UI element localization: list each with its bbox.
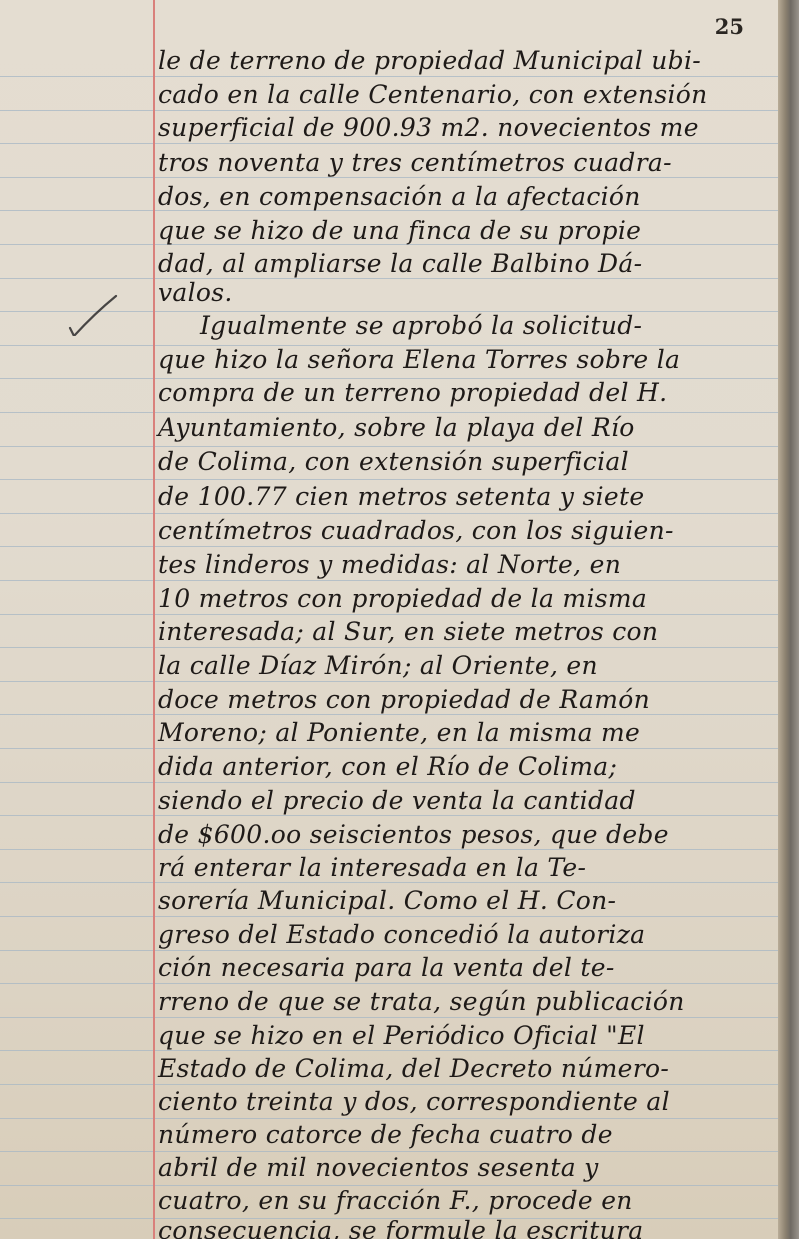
- text-line: 10 metros con propiedad de la misma: [158, 584, 770, 614]
- text-line: Igualmente se aprobó la solicitud-: [200, 311, 770, 341]
- text-line: superficial de 900.93 m2. novecientos me: [158, 113, 770, 143]
- text-line: que se hizo de una finca de su propie: [158, 216, 770, 246]
- text-line: abril de mil novecientos sesenta y: [158, 1153, 770, 1183]
- ruled-line: [0, 76, 778, 77]
- ruled-line: [0, 748, 778, 749]
- check-mark-icon: [66, 294, 118, 336]
- text-line: tes linderos y medidas: al Norte, en: [158, 550, 770, 580]
- page-number: 25: [715, 14, 744, 39]
- ledger-page: 25 le de terreno de propiedad Municipal …: [0, 0, 778, 1239]
- ruled-line: [0, 1118, 778, 1119]
- ruled-line: [0, 916, 778, 917]
- ruled-line: [0, 782, 778, 783]
- ruled-line: [0, 950, 778, 951]
- text-line: Moreno; al Poniente, en la misma me: [158, 718, 770, 748]
- text-line: tros noventa y tres centímetros cuadra-: [158, 148, 770, 178]
- ruled-line: [0, 479, 778, 480]
- ruled-line: [0, 110, 778, 111]
- ruled-line: [0, 580, 778, 581]
- ruled-line: [0, 1151, 778, 1152]
- text-line: de $600.oo seiscientos pesos, que debe: [158, 820, 770, 850]
- text-line: consecuencia, se formule la escritura: [158, 1216, 770, 1239]
- text-line: la calle Díaz Mirón; al Oriente, en: [158, 651, 770, 681]
- text-line: doce metros con propiedad de Ramón: [158, 685, 770, 715]
- text-line: ciento treinta y dos, correspondiente al: [158, 1087, 770, 1117]
- text-line: Estado de Colima, del Decreto número-: [158, 1054, 770, 1084]
- red-margin-line: [153, 0, 155, 1239]
- text-line: cado en la calle Centenario, con extensi…: [158, 80, 770, 110]
- ruled-line: [0, 1084, 778, 1085]
- text-line: le de terreno de propiedad Municipal ubi…: [158, 46, 770, 76]
- text-line: sorería Municipal. Como el H. Con-: [158, 886, 770, 916]
- text-line: valos.: [158, 278, 770, 308]
- ruled-line: [0, 1017, 778, 1018]
- text-line: compra de un terreno propiedad del H.: [158, 378, 770, 408]
- ruled-line: [0, 143, 778, 144]
- ruled-line: [0, 513, 778, 514]
- text-line: que hizo la señora Elena Torres sobre la: [158, 345, 770, 375]
- text-line: greso del Estado concedió la autoriza: [158, 920, 770, 950]
- ruled-line: [0, 983, 778, 984]
- text-line: Ayuntamiento, sobre la playa del Río: [158, 413, 770, 443]
- ruled-line: [0, 681, 778, 682]
- text-line: dida anterior, con el Río de Colima;: [158, 752, 770, 782]
- text-line: cuatro, en su fracción F., procede en: [158, 1186, 770, 1216]
- text-line: centímetros cuadrados, con los siguien-: [158, 516, 770, 546]
- text-line: interesada; al Sur, en siete metros con: [158, 617, 770, 647]
- text-line: que se hizo en el Periódico Oficial "El: [158, 1021, 770, 1051]
- page-edge-binding: [778, 0, 799, 1239]
- text-line: rá enterar la interesada en la Te-: [158, 853, 770, 883]
- text-line: siendo el precio de venta la cantidad: [158, 786, 770, 816]
- ruled-line: [0, 647, 778, 648]
- text-line: ción necesaria para la venta del te-: [158, 953, 770, 983]
- text-line: dad, al ampliarse la calle Balbino Dá-: [158, 249, 770, 279]
- text-line: dos, en compensación a la afectación: [158, 182, 770, 212]
- ruled-line: [0, 546, 778, 547]
- text-line: número catorce de fecha cuatro de: [158, 1120, 770, 1150]
- text-line: de 100.77 cien metros setenta y siete: [158, 482, 770, 512]
- ruled-line: [0, 614, 778, 615]
- text-line: de Colima, con extensión superficial: [158, 447, 770, 477]
- text-line: rreno de que se trata, según publicación: [158, 987, 770, 1017]
